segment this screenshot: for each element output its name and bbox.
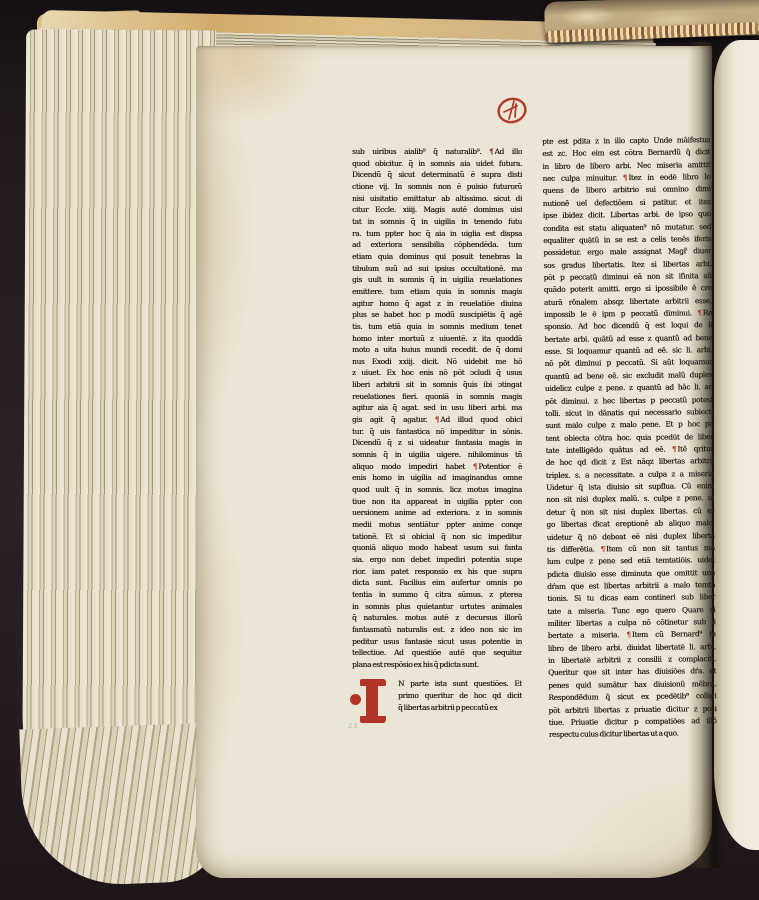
text-line: in somnis plus quietantur urtutes animal…	[352, 601, 522, 613]
pilcrow-mark: ¶	[601, 544, 606, 553]
text-line: tentia in summo q̃ citra sūmus. z pterea	[352, 589, 522, 601]
red-ink-mark-icon	[495, 95, 529, 126]
open-book-photo: sub uiribus aialib⁹ q̃ naturalib⁹. ¶Ad i…	[0, 0, 759, 900]
text-line: etiam quia dominus qui posuit tenebras l…	[352, 251, 522, 263]
text-line: quod uult q̃ in somnis. licz motus imagi…	[352, 484, 522, 496]
text-line: nus Exodi xxiij. dicit. Nō uidebit me hō	[352, 356, 522, 368]
text-line: z uiuet. Ex hoc enis nō pōt ɔcludi q̃ us…	[352, 367, 522, 379]
text-line: somnis q̃ in uigilia uigere. nihilominus…	[352, 449, 522, 461]
pilcrow-mark: ¶	[473, 462, 478, 471]
text-line: plus se habet hoc p modũ suscipiētis q̃ …	[352, 309, 522, 321]
text-line: primo queritur de hoc qd dicit	[398, 690, 522, 702]
text-line: sub uiribus aialib⁹ q̃ naturalib⁹. ¶Ad i…	[352, 146, 522, 158]
text-line: tellectiue. Ad questiōe autē que sequitu…	[352, 647, 522, 659]
text-line: rior. iam patet responsio ex his que sup…	[352, 566, 522, 578]
text-line: Dicendũ q̃ z si uideatur fantasia magis …	[352, 437, 522, 449]
initial-shape	[350, 694, 361, 705]
rubricated-initial-I: I	[350, 679, 396, 725]
text-line: medii motus sentiātur ppter anime conqe	[352, 519, 522, 531]
text-line: nisi uisitatio emittatur ab altissimo. s…	[352, 193, 522, 205]
text-line: q̃ naturales. motus autē z decursus illo…	[352, 612, 522, 624]
text-line: citur Eccle. xiiij. Magis autē dominus u…	[352, 204, 522, 216]
text-line: plana est respōsio ex his q̃ pdicta sunt…	[352, 659, 522, 671]
text-line: tat in somnis q̃ in uigilia in tenendo f…	[352, 216, 522, 228]
text-line: liberi arbitrii sit in somnis q̃uis ibi …	[352, 379, 522, 391]
text-line: uersionem anime ad exteriora. z in somni…	[352, 507, 522, 519]
text-line: ra. tum ppter hoc q̃ aia in uiglia est d…	[352, 228, 522, 240]
text-line: aliquo modo impediri habet ¶Potentior ē	[352, 461, 522, 473]
final-paragraph-lines: N parte ista sunt questiōes. Etprimo que…	[398, 678, 522, 715]
pilcrow-mark: ¶	[697, 308, 702, 317]
text-line: N parte ista sunt questiōes. Et	[398, 678, 522, 690]
pilcrow-mark: ¶	[435, 415, 440, 424]
pilcrow-mark: ¶	[623, 173, 628, 182]
text-line: q̃ libertas arbitrii p peccatũ ex	[398, 702, 522, 714]
text-line: enis homo in uigilia ad imaginandus omne	[352, 472, 522, 484]
text-line: sia. ergo non debet impediri potentia su…	[352, 554, 522, 566]
page-stack-bottom-fan	[19, 723, 224, 888]
text-line: tiue non ita appareat in uigilia ppter c…	[352, 496, 522, 508]
pilcrow-mark: ¶	[489, 147, 494, 156]
text-line: peditur usus fantasie sicut usus potenti…	[352, 636, 522, 648]
initial-shape	[360, 716, 386, 723]
text-line: emittere. tum etiam quia in somnis magis	[352, 286, 522, 298]
pilcrow-mark: ¶	[626, 630, 631, 639]
text-line: moto a uita huius mundi recedit. de q̃ d…	[352, 344, 522, 356]
text-line: tiue. Priuatie dicitur p compatiōes ad i…	[549, 715, 717, 729]
right-text-column: pte est pdita z in illo capto Unde māife…	[542, 134, 717, 741]
text-line: reuelationes fieri. quoniā in somnis mag…	[352, 391, 522, 403]
text-line: tibulum suũ ad sui ipsius occultationē. …	[352, 263, 522, 275]
text-line: respectu cuius dicitur libertas ut a quo…	[549, 727, 717, 741]
text-line: Dicendũ q̃ sicut determinatũ ē supra dis…	[352, 169, 522, 181]
text-line: gis uult in somnis q̃ in uigilia reuelat…	[352, 274, 522, 286]
text-line: fantasmatū naturalis est. z ideo non sic…	[352, 624, 522, 636]
pilcrow-mark: ¶	[672, 444, 677, 453]
text-line: ad exteriora sensibilia cōphendēda. tum	[352, 239, 522, 251]
left-column-final-paragraph: I N parte ista sunt questiōes. Etprimo q…	[350, 678, 522, 715]
text-line: quod obicitur. q̃ in somnis aia uidet fu…	[352, 158, 522, 170]
text-line: gis agit q̃ agatur. ¶Ad illud quod obici	[352, 414, 522, 426]
left-text-column: sub uiribus aialib⁹ q̃ naturalib⁹. ¶Ad i…	[352, 146, 522, 671]
facing-page-curl	[714, 40, 759, 850]
text-line: tis. tum etiā quia in somnis medium tene…	[352, 321, 522, 333]
text-line: agitur homo q̃ agat z in reuelatiōe diui…	[352, 298, 522, 310]
text-line: quoniā aliquo modo habeat usum sui fanta	[352, 542, 522, 554]
text-line: agitur aia q̃ agat. sed in usu liberi ar…	[352, 402, 522, 414]
text-line: dicta sunt. Facilius eim aufertur omnis …	[352, 577, 522, 589]
text-line: tationē. Et si obicial q̃ non sic impedi…	[352, 531, 522, 543]
text-line: tur. q̃ uis fantastica nō impeditur in s…	[352, 426, 522, 438]
pencil-note: 23	[348, 722, 358, 730]
text-line: homo inter mortuũ z uiuentē. z ita quodd…	[352, 333, 522, 345]
text-line: ctione vij. In somnis non ē puisio futur…	[352, 181, 522, 193]
